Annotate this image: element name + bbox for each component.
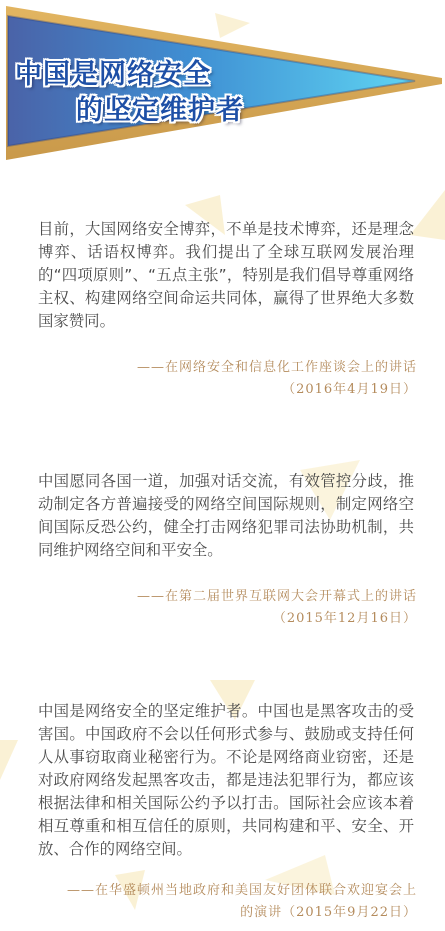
banner-title-line2: 的坚定维护者	[76, 88, 244, 127]
quote-source: ——在华盛顿州当地政府和美国友好团体联合欢迎宴会上 的演讲（2015年9月22日…	[67, 880, 417, 924]
source-date: （2016年4月19日）	[137, 379, 417, 401]
source-date: 的演讲（2015年9月22日）	[67, 902, 417, 924]
quote-source: ——在网络安全和信息化工作座谈会上的讲话 （2016年4月19日）	[137, 357, 417, 401]
banner-title-line1: 中国是网络安全	[15, 52, 211, 91]
decorative-triangle	[410, 190, 445, 240]
quote-source: ——在第二届世界互联网大会开幕式上的讲话 （2015年12月16日）	[137, 586, 417, 630]
source-title: ——在华盛顿州当地政府和美国友好团体联合欢迎宴会上	[67, 880, 417, 902]
title-banner: 中国是网络安全 的坚定维护者	[0, 0, 445, 170]
quote-text: 目前，大国网络安全博弈，不单是技术博弈，还是理念博弈、话语权博弈。我们提出了全球…	[38, 218, 414, 333]
source-title: ——在第二届世界互联网大会开幕式上的讲话	[137, 586, 417, 608]
quote-text: 中国是网络安全的坚定维护者。中国也是黑客攻击的受害国。中国政府不会以任何形式参与…	[38, 700, 414, 861]
source-title: ——在网络安全和信息化工作座谈会上的讲话	[137, 357, 417, 379]
source-date: （2015年12月16日）	[137, 608, 417, 630]
quote-text: 中国愿同各国一道，加强对话交流，有效管控分歧，推动制定各方普遍接受的网络空间国际…	[38, 470, 414, 562]
decorative-triangle	[0, 740, 20, 780]
